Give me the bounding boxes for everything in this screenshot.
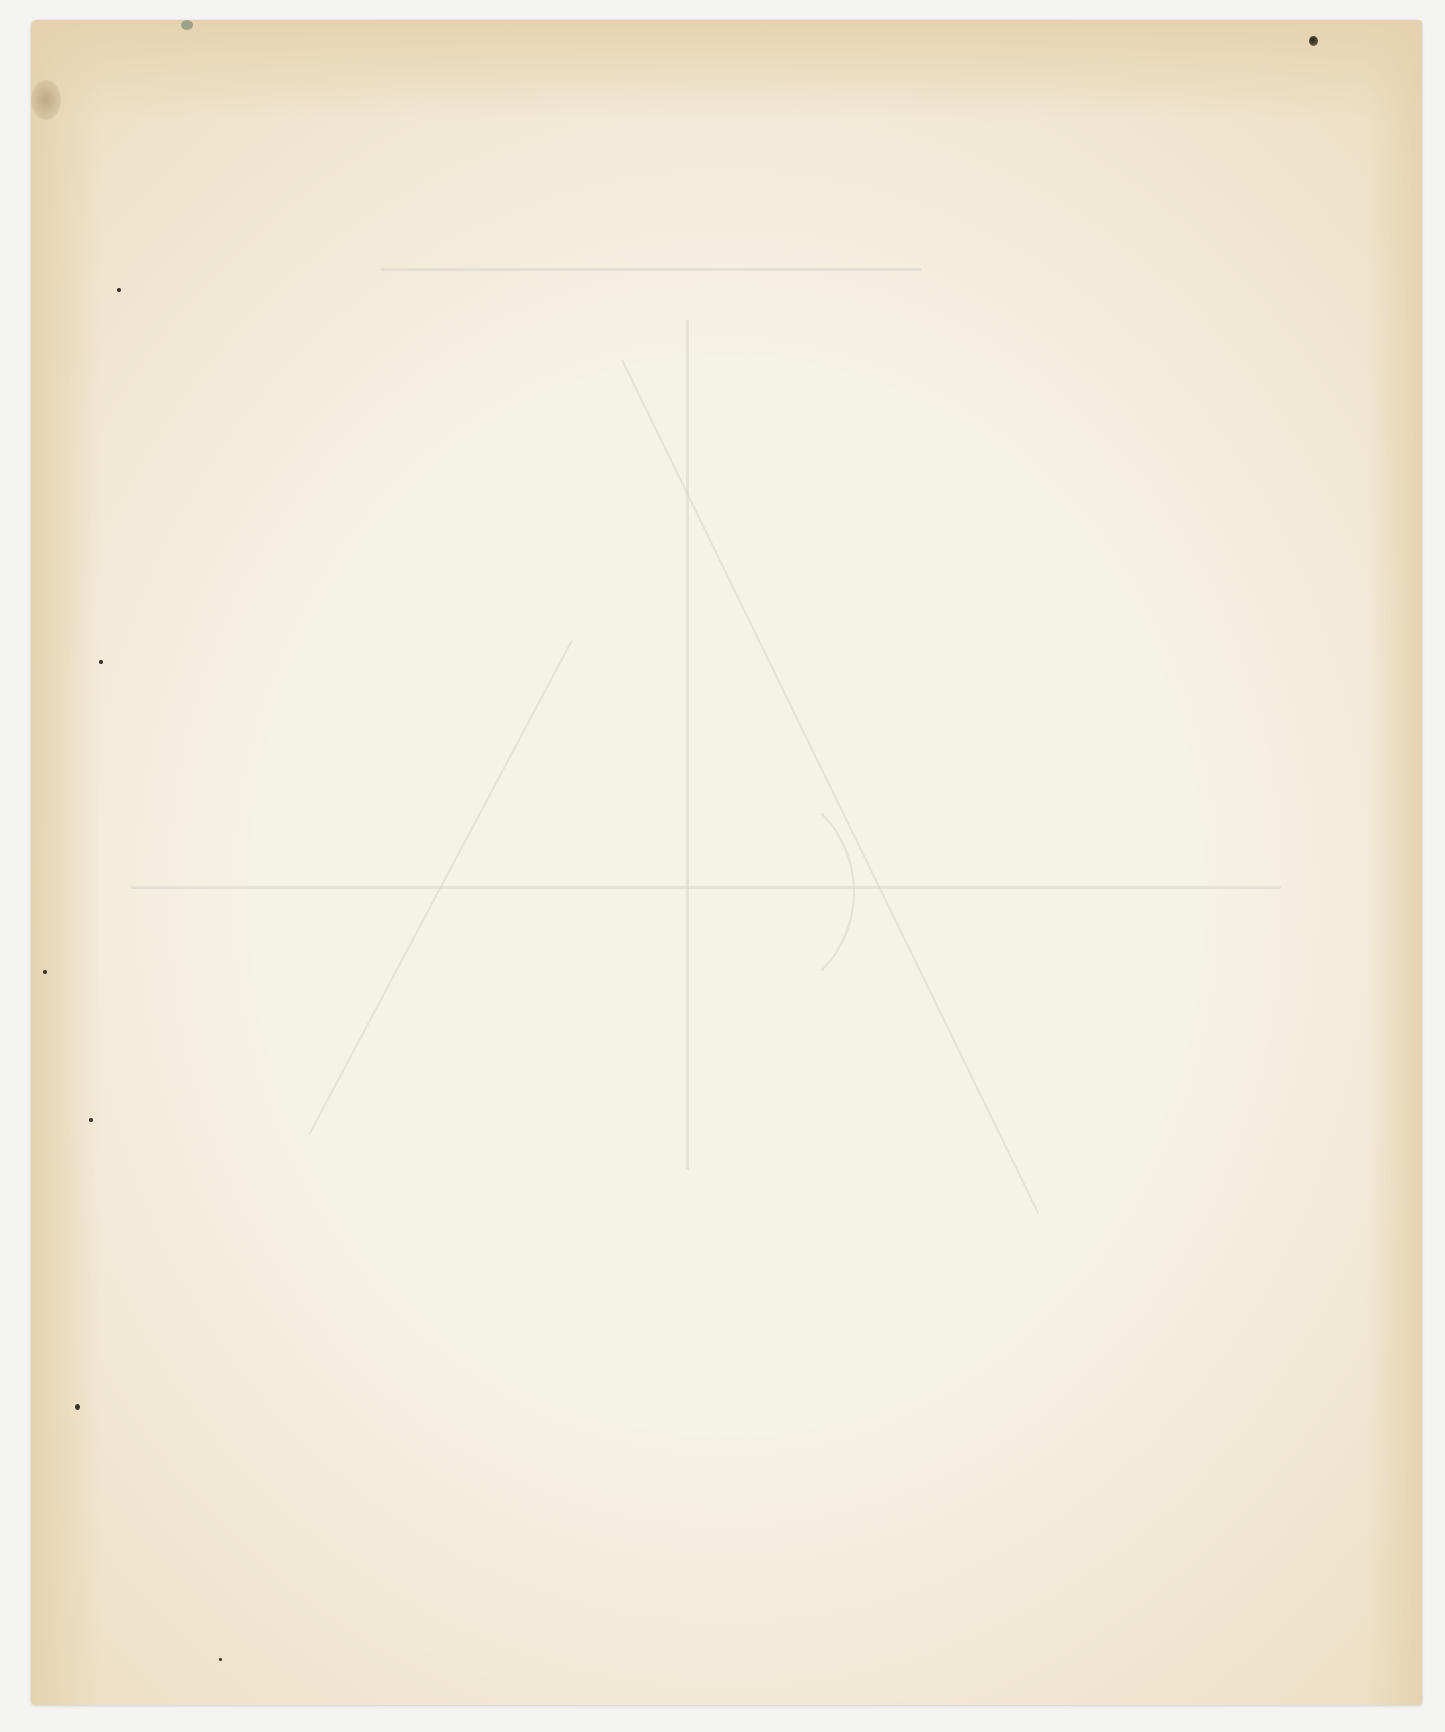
ink-speck <box>75 1404 80 1410</box>
punch-hole <box>1309 36 1318 46</box>
stain-mark <box>181 20 193 30</box>
paper-sheet <box>31 20 1422 1705</box>
ink-speck <box>117 288 121 292</box>
toning-smudge <box>31 80 61 120</box>
ink-speck <box>89 1118 93 1122</box>
ink-speck <box>43 970 47 974</box>
ink-speck <box>99 660 103 664</box>
ink-speck <box>219 1658 222 1661</box>
paper-surface <box>31 20 1422 1705</box>
